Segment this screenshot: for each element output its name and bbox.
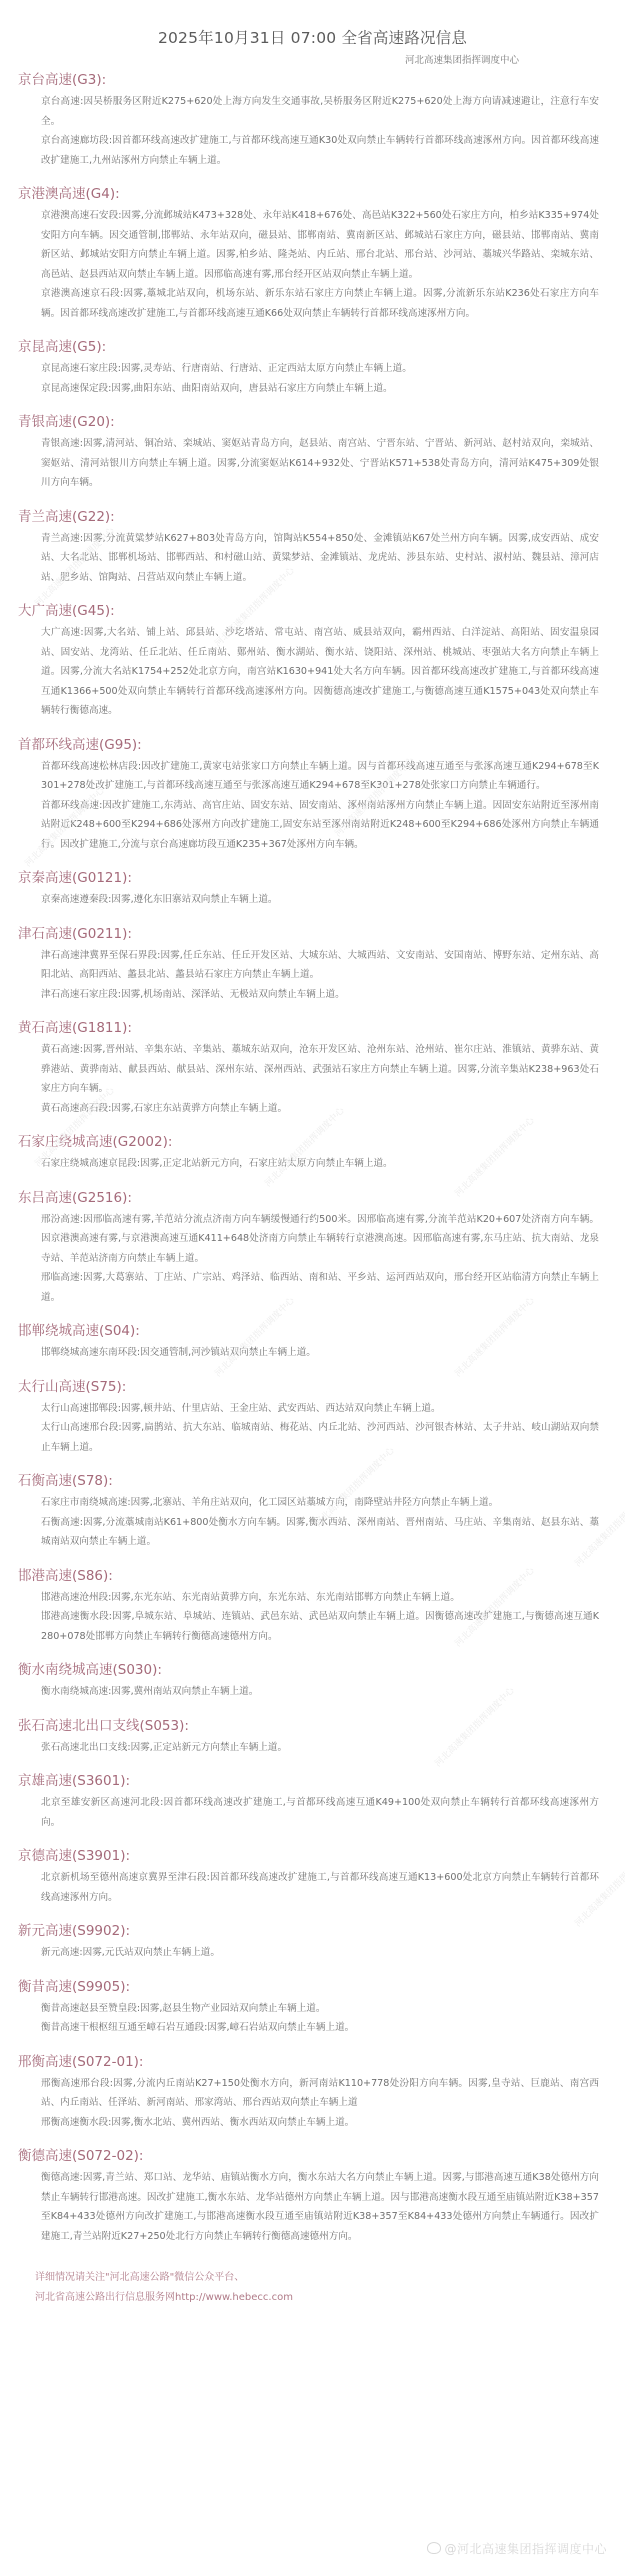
road-condition-text: 黄石高速:因雾,晋州站、辛集东站、辛集站、藁城东站双向，沧东开发区站、沧州东站、… [18,1040,607,1099]
highway-name: 青兰高速(G22): [18,507,607,527]
highway-section: 津石高速(G0211):津石高速津冀界至保石界段:因雾,任丘东站、任丘开发区站、… [18,924,607,1005]
highway-section: 石家庄绕城高速(G2002):石家庄绕城高速京昆段:因雾,正定北站新元方向，石家… [18,1132,607,1174]
highway-name: 邯郸绕城高速(S04): [18,1321,607,1341]
highway-name: 张石高速北出口支线(S053): [18,1716,607,1736]
highway-section: 衡昔高速(S9905):衡昔高速赵县至赞皇段:因雾,赵县生物产业园站双向禁止车辆… [18,1977,607,2038]
highway-section: 京秦高速(G0121):京秦高速遵秦段:因雾,遵化东旧寨站双向禁止车辆上道。 [18,868,607,910]
highway-name: 石家庄绕城高速(G2002): [18,1132,607,1152]
highway-name: 衡昔高速(S9905): [18,1977,607,1997]
footer-note: 详细情况请关注"河北高速公路"微信公众平台、 河北省高速公路出行信息服务网htt… [18,2268,607,2308]
road-condition-text: 邢衡高速衡水段:因雾,衡水北站、冀州西站、衡水西站双向禁止车辆上道。 [18,2113,607,2133]
weibo-watermark-text: @河北高速集团指挥调度中心 [444,2542,607,2556]
highway-section: 首都环线高速(G95):首都环线高速松林店段:因改扩建施工,黄家屯站张家口方向禁… [18,735,607,855]
highway-name: 京港澳高速(G4): [18,184,607,204]
road-condition-text: 京台高速:因吴桥服务区附近K275+620处上海方向发生交通事故,吴桥服务区附近… [18,92,607,131]
highway-section: 太行山高速(S75):太行山高速邯郸段:因雾,顿井站、什里店站、王金庄站、武安西… [18,1377,607,1458]
highway-section: 京台高速(G3):京台高速:因吴桥服务区附近K275+620处上海方向发生交通事… [18,70,607,170]
highway-section: 青兰高速(G22):青兰高速:因雾,分流黄粱梦站K627+803处青岛方向，馆陶… [18,507,607,588]
highway-name: 衡水南绕城高速(S030): [18,1660,607,1680]
road-condition-text: 邯港高速衡水段:因雾,阜城东站、阜城站、连镇站、武邑东站、武邑站双向禁止车辆上道… [18,1607,607,1646]
highway-name: 太行山高速(S75): [18,1377,607,1397]
highway-section: 京德高速(S3901):北京新机场至德州高速京冀界至津石段:因首都环线高速改扩建… [18,1846,607,1907]
road-condition-text: 石家庄绕城高速京昆段:因雾,正定北站新元方向，石家庄站太原方向禁止车辆上道。 [18,1154,607,1174]
highway-section: 邯港高速(S86):邯港高速沧州段:因雾,东光东站、东光南站黄骅方向，东光东站、… [18,1566,607,1647]
road-condition-text: 津石高速石家庄段:因雾,机场南站、深泽站、无极站双向禁止车辆上道。 [18,985,607,1005]
highway-section: 大广高速(G45):大广高速:因雾,大名站、铺上站、邱县站、沙圪塔站、常屯站、南… [18,601,607,721]
weibo-icon [427,2542,441,2554]
highway-name: 衡德高速(S072-02): [18,2146,607,2166]
road-condition-text: 青银高速:因雾,清河站、铜冶站、栾城站、窦妪站青岛方向，赵县站、南宫站、宁晋东站… [18,434,607,493]
highway-section: 京昆高速(G5):京昆高速石家庄段:因雾,灵寿站、行唐南站、行唐站、正定西站太原… [18,337,607,398]
highway-name: 津石高速(G0211): [18,924,607,944]
road-condition-text: 大广高速:因雾,大名站、铺上站、邱县站、沙圪塔站、常屯站、南宫站、威县站双向，霸… [18,623,607,721]
road-condition-text: 京台高速廊坊段:因首都环线高速改扩建施工,与首都环线高速互通K30处双向禁止车辆… [18,131,607,170]
road-condition-text: 邯郸绕城高速东南环段:因交通管制,河沙镇站双向禁止车辆上道。 [18,1343,607,1363]
highway-section: 石衡高速(S78):石家庄市南绕城高速:因雾,北寨站、羊角庄站双向，化工园区站藁… [18,1471,607,1552]
highway-section: 京港澳高速(G4):京港澳高速石安段:因雾,分流邺城站K473+328处、永年站… [18,184,607,323]
highway-name: 邯港高速(S86): [18,1566,607,1586]
road-condition-text: 京昆高速石家庄段:因雾,灵寿站、行唐南站、行唐站、正定西站太原方向禁止车辆上道。 [18,359,607,379]
page-title: 2025年10月31日 07:00 全省高速路况信息 [18,0,607,49]
road-condition-text: 京港澳高速石安段:因雾,分流邺城站K473+328处、永年站K418+676处、… [18,206,607,284]
road-condition-text: 衡昔高速赵县至赞皇段:因雾,赵县生物产业园站双向禁止车辆上道。 [18,1999,607,2019]
highway-section: 京雄高速(S3601):北京至雄安新区高速河北段:因首都环线高速改扩建施工,与首… [18,1771,607,1832]
highway-section: 邢衡高速(S072-01):邢衡高速邢台段:因雾,分流内丘南站K27+150处衡… [18,2052,607,2133]
road-condition-text: 太行山高速邯郸段:因雾,顿井站、什里店站、王金庄站、武安西站、西达站双向禁止车辆… [18,1399,607,1419]
road-condition-text: 津石高速津冀界至保石界段:因雾,任丘东站、任丘开发区站、大城东站、大城西站、文安… [18,946,607,985]
road-condition-text: 青兰高速:因雾,分流黄粱梦站K627+803处青岛方向，馆陶站K554+850处… [18,529,607,588]
road-condition-text: 京昆高速保定段:因雾,曲阳东站、曲阳南站双向，唐县站石家庄方向禁止车辆上道。 [18,379,607,399]
highway-section: 新元高速(S9902):新元高速:因雾,元氏站双向禁止车辆上道。 [18,1921,607,1963]
highway-name: 新元高速(S9902): [18,1921,607,1941]
footer-website-line: 河北省高速公路出行信息服务网http://www.hebecc.com [35,2288,607,2308]
highway-name: 大广高速(G45): [18,601,607,621]
highway-name: 青银高速(G20): [18,412,607,432]
highway-section: 青银高速(G20):青银高速:因雾,清河站、铜冶站、栾城站、窦妪站青岛方向，赵县… [18,412,607,493]
road-condition-text: 北京至雄安新区高速河北段:因首都环线高速改扩建施工,与首都环线高速互通K49+1… [18,1793,607,1832]
road-condition-text: 邢汾高速:因邢临高速有雾,羊范站分流点济南方向车辆缓慢通行约500米。因邢临高速… [18,1210,607,1269]
highway-name: 京雄高速(S3601): [18,1771,607,1791]
footer-wechat-line: 详细情况请关注"河北高速公路"微信公众平台、 [35,2268,607,2288]
traffic-report-page: 2025年10月31日 07:00 全省高速路况信息 河北高速集团指挥调度中心 … [0,0,625,2308]
highway-name: 京德高速(S3901): [18,1846,607,1866]
road-condition-text: 新元高速:因雾,元氏站双向禁止车辆上道。 [18,1943,607,1963]
road-condition-text: 首都环线高速:因改扩建施工,东湾站、高官庄站、固安东站、固安南站、涿州南站涿州方… [18,796,607,855]
road-condition-text: 邯港高速沧州段:因雾,东光东站、东光南站黄骅方向，东光东站、东光南站邯郸方向禁止… [18,1588,607,1608]
highway-name: 石衡高速(S78): [18,1471,607,1491]
road-condition-text: 首都环线高速松林店段:因改扩建施工,黄家屯站张家口方向禁止车辆上道。因与首都环线… [18,757,607,796]
weibo-watermark: @河北高速集团指挥调度中心 [427,2540,607,2557]
highway-section: 衡水南绕城高速(S030):衡水南绕城高速:因雾,冀州南站双向禁止车辆上道。 [18,1660,607,1702]
highway-name: 邢衡高速(S072-01): [18,2052,607,2072]
road-condition-text: 衡德高速:因雾,青兰站、郑口站、龙华站、庙镇站衡水方向，衡水东站大名方向禁止车辆… [18,2168,607,2246]
road-condition-text: 衡昔高速干根枢纽互通至嶂石岩互通段:因雾,嶂石岩站双向禁止车辆上道。 [18,2018,607,2038]
road-condition-text: 北京新机场至德州高速京冀界至津石段:因首都环线高速改扩建施工,与首都环线高速互通… [18,1868,607,1907]
road-condition-text: 京港澳高速京石段:因雾,藁城北站双向，机场东站、新乐东站石家庄方向禁止车辆上道。… [18,284,607,323]
road-condition-text: 黄石高速高石段:因雾,石家庄东站黄骅方向禁止车辆上道。 [18,1099,607,1119]
road-condition-text: 张石高速北出口支线:因雾,正定站新元方向禁止车辆上道。 [18,1738,607,1758]
issuing-organization: 河北高速集团指挥调度中心 [18,54,607,68]
road-condition-text: 邢临高速:因雾,大葛寨站、丁庄站、广宗站、鸡泽站、临西站、南和站、平乡站、运河西… [18,1268,607,1307]
highway-section: 黄石高速(G1811):黄石高速:因雾,晋州站、辛集东站、辛集站、藁城东站双向，… [18,1018,607,1118]
highway-name: 东吕高速(G2516): [18,1188,607,1208]
road-condition-text: 衡水南绕城高速:因雾,冀州南站双向禁止车辆上道。 [18,1682,607,1702]
highway-name: 首都环线高速(G95): [18,735,607,755]
highway-name: 京台高速(G3): [18,70,607,90]
road-condition-text: 京秦高速遵秦段:因雾,遵化东旧寨站双向禁止车辆上道。 [18,890,607,910]
highway-name: 京昆高速(G5): [18,337,607,357]
highway-section: 邯郸绕城高速(S04):邯郸绕城高速东南环段:因交通管制,河沙镇站双向禁止车辆上… [18,1321,607,1363]
road-condition-text: 太行山高速邢台段:因雾,扁鹊站、抗大东站、临城南站、梅花站、内丘北站、沙河西站、… [18,1418,607,1457]
highway-section: 衡德高速(S072-02):衡德高速:因雾,青兰站、郑口站、龙华站、庙镇站衡水方… [18,2146,607,2246]
road-condition-text: 石衡高速:因雾,分流藁城南站K61+800处衡水方向车辆。因雾,衡水西站、深州南… [18,1513,607,1552]
highway-name: 黄石高速(G1811): [18,1018,607,1038]
highway-sections: 京台高速(G3):京台高速:因吴桥服务区附近K275+620处上海方向发生交通事… [18,70,607,2246]
road-condition-text: 邢衡高速邢台段:因雾,分流内丘南站K27+150处衡水方向，新河南站K110+7… [18,2074,607,2113]
road-condition-text: 石家庄市南绕城高速:因雾,北寨站、羊角庄站双向，化工园区站藁城方向，南降壁站井陉… [18,1493,607,1513]
highway-name: 京秦高速(G0121): [18,868,607,888]
highway-section: 张石高速北出口支线(S053):张石高速北出口支线:因雾,正定站新元方向禁止车辆… [18,1716,607,1758]
highway-section: 东吕高速(G2516):邢汾高速:因邢临高速有雾,羊范站分流点济南方向车辆缓慢通… [18,1188,607,1308]
